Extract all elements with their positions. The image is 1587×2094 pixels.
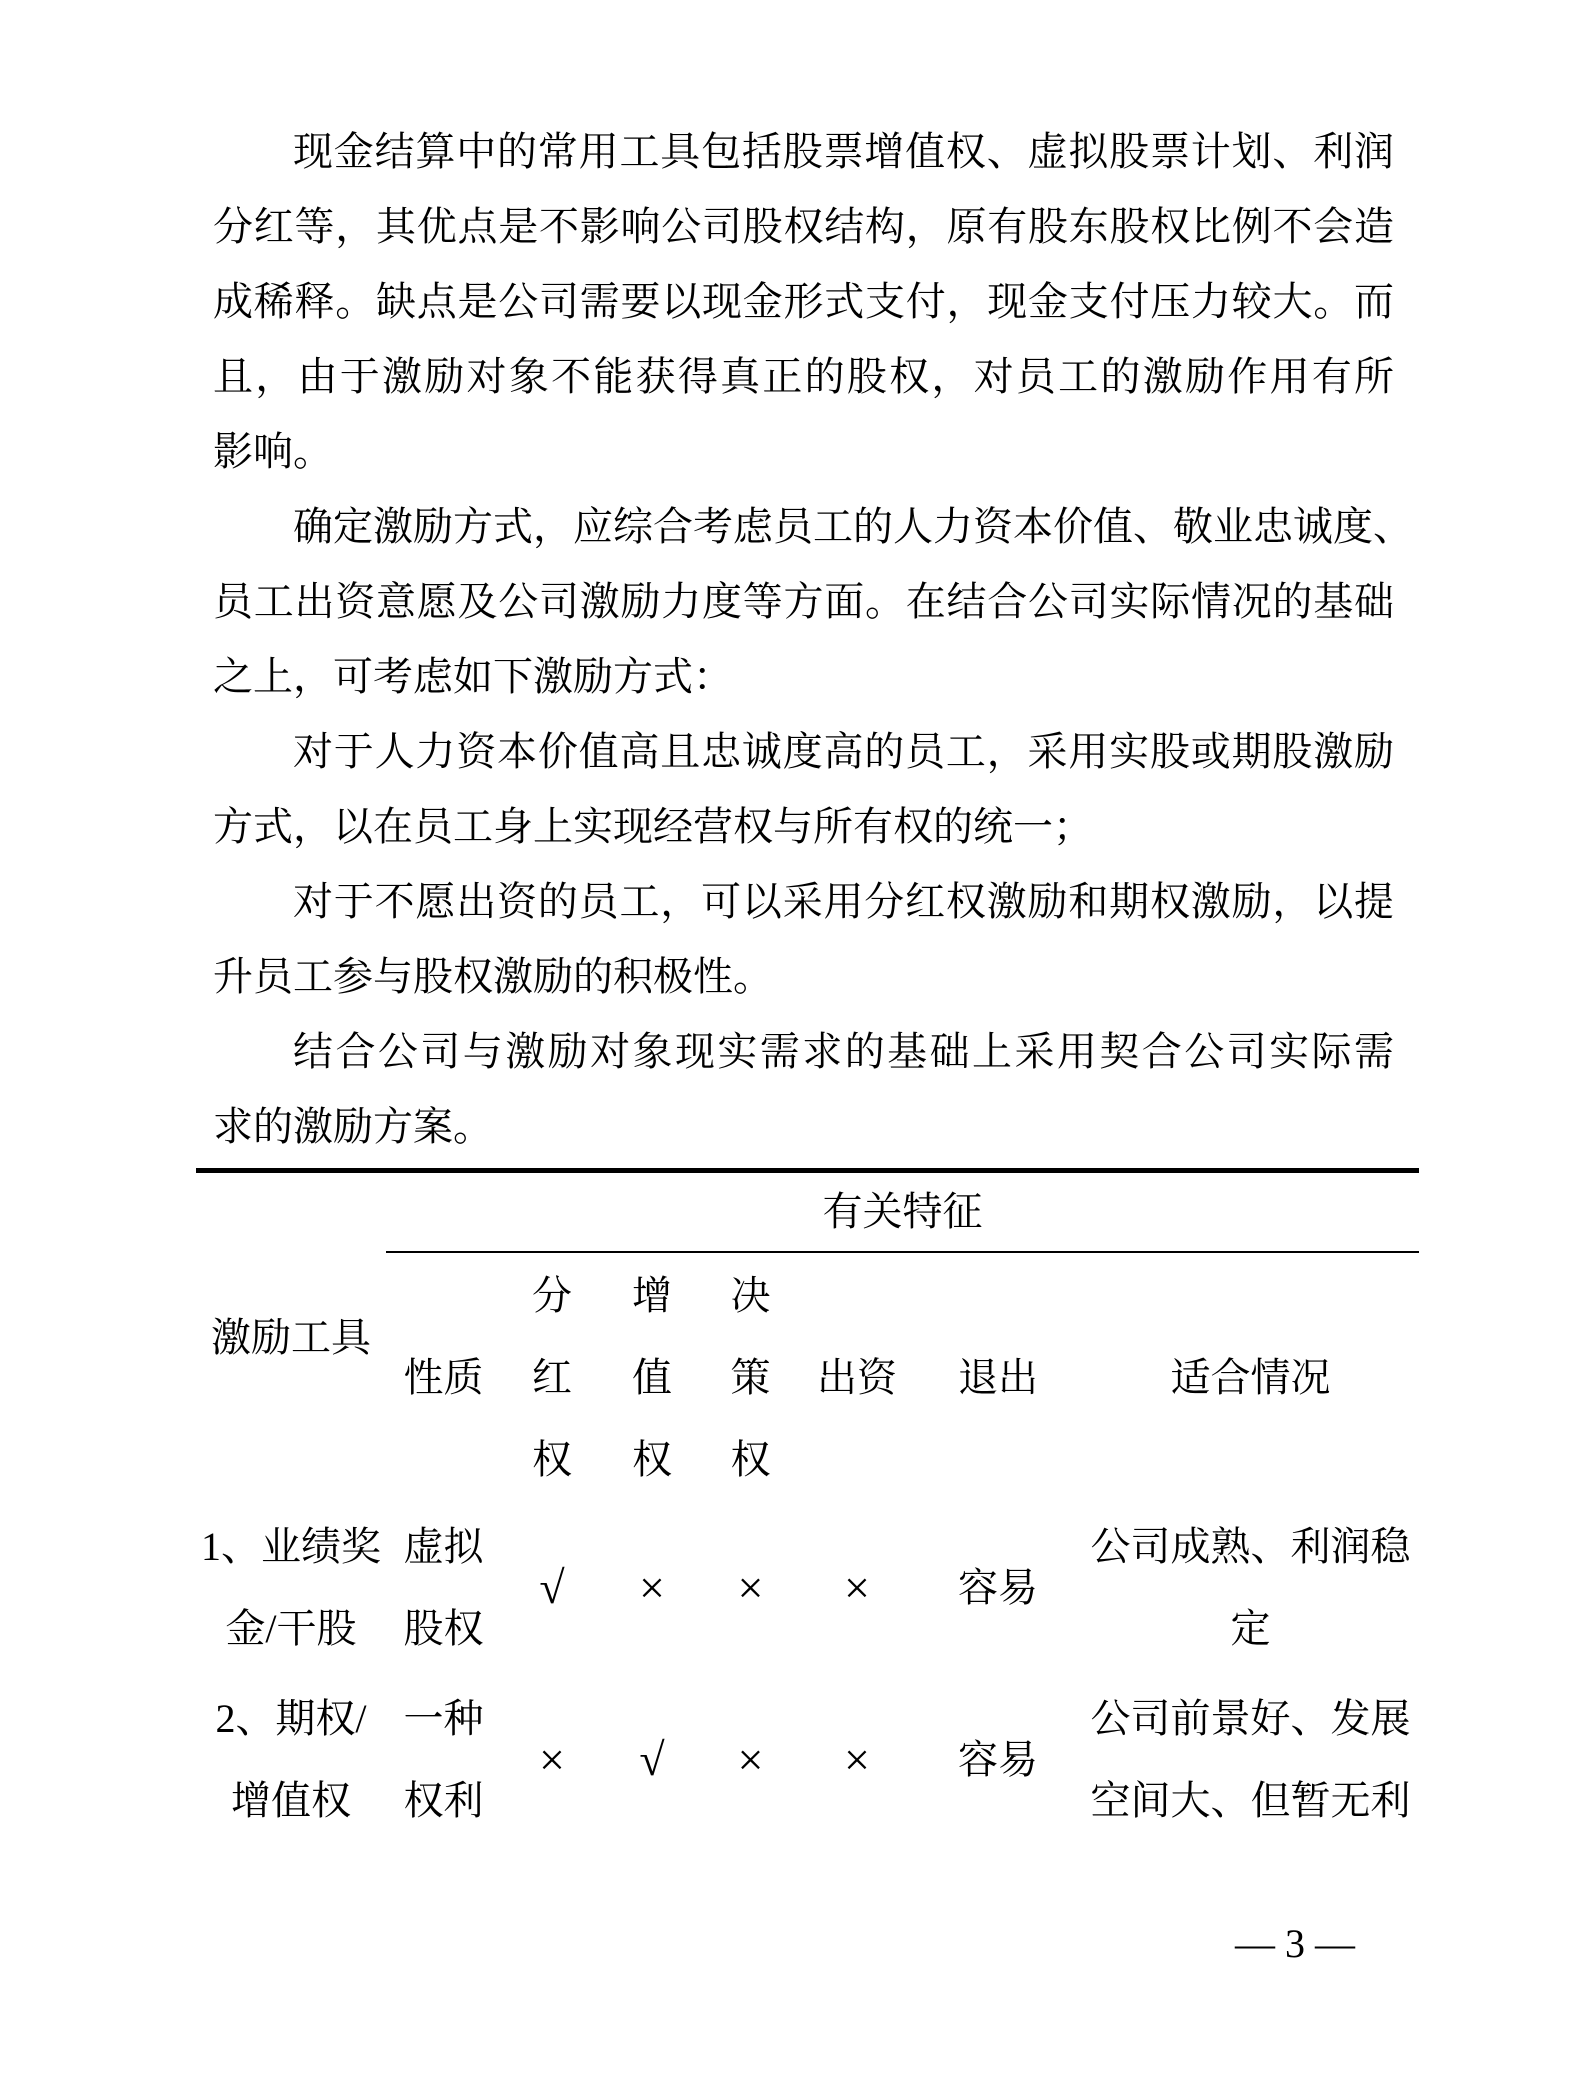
cell-suitable: 公司前景好、发展空间大、但暂无利: [1082, 1674, 1419, 1846]
header-cell-investment: 出资: [800, 1252, 914, 1502]
page-number: — 3 —: [1235, 1922, 1355, 1966]
document-page: 现金结算中的常用工具包括股票增值权、虚拟股票计划、利润 分红等，其优点是不影响公…: [0, 0, 1587, 2094]
cell-tool: 1、业绩奖金/干股: [196, 1502, 386, 1674]
header-cell-suitable: 适合情况: [1082, 1252, 1419, 1502]
body-text: 现金结算中的常用工具包括股票增值权、虚拟股票计划、利润 分红等，其优点是不影响公…: [213, 114, 1394, 1164]
header-cell-tool: 激励工具: [196, 1171, 386, 1503]
header-cell-features-group: 有关特征: [386, 1171, 1419, 1253]
cell-decision-right: ×: [701, 1674, 800, 1846]
header-cell-decision-right: 决 策 权: [701, 1252, 800, 1502]
table-row: 1、业绩奖金/干股 虚拟股权 √ × × × 容易 公司成熟、利润稳定: [196, 1502, 1419, 1674]
header-cell-dividend-right: 分 红 权: [501, 1252, 603, 1502]
paragraph-line: 对于人力资本价值高且忠诚度高的员工，采用实股或期股激励: [213, 714, 1394, 789]
header-cell-appreciation-right: 增 值 权: [603, 1252, 701, 1502]
cell-dividend-right: √: [501, 1502, 603, 1674]
paragraph-line: 确定激励方式，应综合考虑员工的人力资本价值、敬业忠诚度、: [213, 489, 1394, 564]
cell-tool: 2、期权/增值权: [196, 1674, 386, 1846]
paragraph-line: 结合公司与激励对象现实需求的基础上采用契合公司实际需: [213, 1014, 1394, 1089]
cell-appreciation-right: √: [603, 1674, 701, 1846]
cell-investment: ×: [800, 1674, 914, 1846]
paragraph-line: 且，由于激励对象不能获得真正的股权，对员工的激励作用有所: [213, 339, 1394, 414]
header-cell-nature: 性质: [386, 1252, 501, 1502]
cell-suitable: 公司成熟、利润稳定: [1082, 1502, 1419, 1674]
paragraph-line: 升员工参与股权激励的积极性。: [213, 939, 1394, 1014]
cell-nature: 虚拟股权: [386, 1502, 501, 1674]
paragraph-line: 影响。: [213, 414, 1394, 489]
cell-investment: ×: [800, 1502, 914, 1674]
paragraph-line: 现金结算中的常用工具包括股票增值权、虚拟股票计划、利润: [213, 114, 1394, 189]
cell-exit: 容易: [914, 1674, 1082, 1846]
cell-appreciation-right: ×: [603, 1502, 701, 1674]
table-header-group-row: 激励工具 有关特征: [196, 1171, 1419, 1253]
incentive-tools-table: 激励工具 有关特征 性质 分 红 权 增 值 权 决 策 权 出资 退出 适合情…: [196, 1168, 1419, 1846]
paragraph-line: 求的激励方案。: [213, 1089, 1394, 1164]
paragraph-line: 方式，以在员工身上实现经营权与所有权的统一；: [213, 789, 1394, 864]
header-cell-exit: 退出: [914, 1252, 1082, 1502]
cell-decision-right: ×: [701, 1502, 800, 1674]
paragraph-line: 员工出资意愿及公司激励力度等方面。在结合公司实际情况的基础: [213, 564, 1394, 639]
cell-exit: 容易: [914, 1502, 1082, 1674]
paragraph-line: 成稀释。缺点是公司需要以现金形式支付，现金支付压力较大。而: [213, 264, 1394, 339]
table-row: 2、期权/增值权 一种权利 × √ × × 容易 公司前景好、发展空间大、但暂无…: [196, 1674, 1419, 1846]
paragraph-line: 之上，可考虑如下激励方式：: [213, 639, 1394, 714]
cell-dividend-right: ×: [501, 1674, 603, 1846]
cell-nature: 一种权利: [386, 1674, 501, 1846]
paragraph-line: 分红等，其优点是不影响公司股权结构，原有股东股权比例不会造: [213, 189, 1394, 264]
paragraph-line: 对于不愿出资的员工，可以采用分红权激励和期权激励，以提: [213, 864, 1394, 939]
